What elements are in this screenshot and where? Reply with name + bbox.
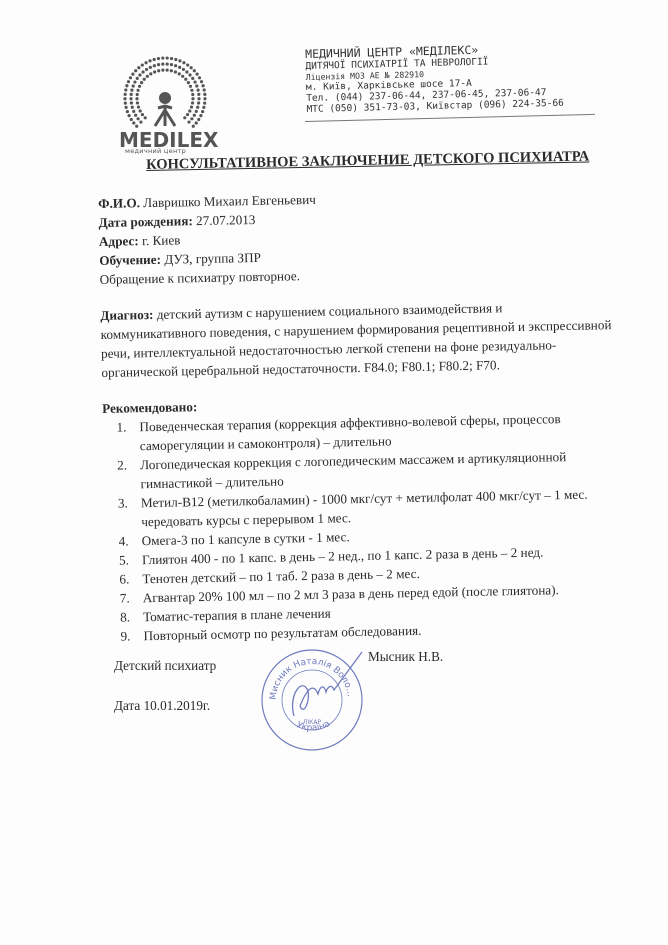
item-number: 9. — [120, 626, 130, 645]
item-number: 5. — [119, 550, 129, 569]
item-number: 8. — [120, 607, 130, 626]
document-date: Дата 10.01.2019г. — [114, 698, 210, 714]
item-text: Томатис-терапия в плане лечения — [143, 606, 331, 625]
item-number: 4. — [118, 531, 128, 550]
fio-value: Лавришко Михаил Евгеньевич — [140, 192, 316, 210]
dob-value: 27.07.2013 — [193, 212, 256, 228]
signature-name: Мысник Н.В. — [368, 649, 443, 665]
recommendations-list: 1.Поведенческая терапия (коррекция аффек… — [102, 408, 646, 646]
document-page: MEDILEX медичний центр МЕДИЧНИЙ ЦЕНТР «М… — [0, 0, 668, 945]
item-number: 1. — [116, 418, 126, 437]
dob-label: Дата рождения: — [98, 213, 193, 230]
signature-role: Детский психиатр — [114, 658, 216, 674]
item-text: Повторный осмотр по результатам обследов… — [143, 623, 421, 643]
diagnosis-label: Диагноз: — [100, 307, 153, 323]
logo-subtitle: медичний центр — [125, 147, 186, 155]
clinic-header: МЕДИЧНИЙ ЦЕНТР «МЕДІЛЕКС» ДИТЯЧОЇ ПСИХІА… — [305, 41, 564, 115]
item-number: 6. — [119, 569, 129, 588]
svg-text:ЛІКАР: ЛІКАР — [303, 719, 322, 726]
address-label: Адрес: — [99, 233, 139, 249]
header-divider — [305, 114, 595, 122]
item-number: 3. — [118, 493, 128, 512]
education-label: Обучение: — [99, 252, 161, 268]
document-body: Ф.И.О. Лавришко Михаил Евгеньевич Дата р… — [98, 184, 647, 646]
item-number: 7. — [120, 588, 130, 607]
doctor-stamp-icon: Мисник Наталія Воло... Україна ЛІКАР — [258, 646, 366, 754]
item-number: 2. — [117, 455, 127, 474]
item-text: Омега-3 по 1 капсуле в сутки - 1 мес. — [142, 529, 350, 548]
address-value: г. Киев — [139, 232, 181, 248]
fio-label: Ф.И.О. — [98, 195, 140, 211]
education-value: ДУЗ, группа ЗПР — [161, 250, 261, 267]
